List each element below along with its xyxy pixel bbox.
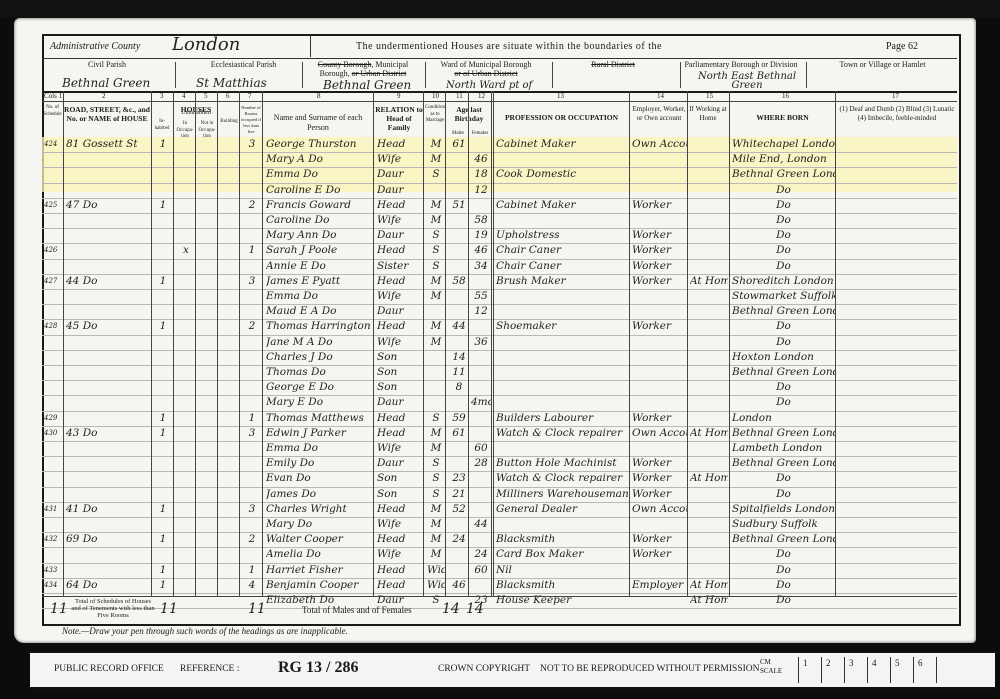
cell-unin	[176, 319, 196, 334]
cell-female: 60	[471, 441, 491, 456]
cell-sched: 432	[44, 532, 62, 547]
cell-emp	[632, 289, 688, 304]
cell-home	[690, 304, 728, 319]
column-header-building: Building	[218, 119, 240, 126]
cell-male	[449, 563, 469, 578]
cell-male	[449, 547, 469, 562]
cell-sched: 428	[44, 319, 62, 334]
cell-male	[449, 213, 469, 228]
cell-female: 24	[471, 547, 491, 562]
column-number: 4	[182, 92, 186, 100]
cell-born: Shoreditch London	[732, 274, 835, 289]
cell-name: George Thurston	[266, 137, 372, 152]
total-schedules: 11	[50, 601, 68, 617]
cell-inh	[154, 487, 172, 502]
archive-footer: PUBLIC RECORD OFFICE REFERENCE : RG 13 /…	[30, 651, 995, 689]
cell-cond: S	[427, 456, 445, 471]
cell-inh: 1	[154, 502, 172, 517]
census-row: Maud E A DoDaur12Bethnal Green London	[42, 304, 957, 320]
cell-road: 45 Do	[66, 319, 150, 334]
cell-male: 44	[449, 319, 469, 334]
column-divider	[729, 91, 730, 596]
cell-sched: 433	[44, 563, 62, 578]
cell-road	[66, 335, 150, 350]
cell-occ: Chair Caner	[496, 243, 629, 258]
cell-female: 60	[471, 563, 491, 578]
cell-female	[471, 137, 491, 152]
cell-sched	[44, 228, 62, 243]
cell-name: Mary Do	[266, 517, 372, 532]
cell-cond	[427, 350, 445, 365]
cell-inh	[154, 517, 172, 532]
cell-emp: Worker	[632, 547, 688, 562]
cell-rooms	[242, 441, 262, 456]
cell-inh: 1	[154, 274, 172, 289]
header-row-1	[42, 34, 957, 59]
cell-rooms: 1	[242, 243, 262, 258]
cell-home	[690, 183, 728, 198]
cell-road	[66, 152, 150, 167]
cell-cond: Wid	[427, 563, 445, 578]
cell-male: 21	[449, 487, 469, 502]
cell-unin	[176, 411, 196, 426]
cell-sched	[44, 380, 62, 395]
cell-rel: Head	[377, 502, 423, 517]
column-number: 9	[397, 92, 401, 100]
cell-emp: Worker	[632, 319, 688, 334]
cell-name: Walter Cooper	[266, 532, 372, 547]
cell-emp	[632, 365, 688, 380]
cell-name: Sarah J Poole	[266, 243, 372, 258]
column-numbers: Cols 1234567891011121314151617	[42, 91, 957, 102]
census-row: Emma DoDaurS18Cook DomesticBethnal Green…	[42, 167, 957, 183]
cell-home	[690, 319, 728, 334]
total-rooms: 11	[248, 601, 266, 617]
cell-inh: 1	[154, 411, 172, 426]
cell-unin	[176, 547, 196, 562]
cell-unin	[176, 456, 196, 471]
cell-occ	[496, 380, 629, 395]
cell-road: 41 Do	[66, 502, 150, 517]
totals-row: 11 Total of Schedules of Houses and of T…	[42, 596, 957, 623]
cell-rel: Head	[377, 411, 423, 426]
cell-rooms	[242, 183, 262, 198]
cell-home	[690, 532, 728, 547]
column-number: 12	[478, 92, 485, 100]
cell-emp: Worker	[632, 274, 688, 289]
column-header-condition: Condition as to Marriage	[425, 105, 445, 125]
cell-rooms	[242, 289, 262, 304]
cell-female: 46	[471, 152, 491, 167]
cell-sched: 429	[44, 411, 62, 426]
cell-road	[66, 243, 150, 258]
cell-emp	[632, 395, 688, 410]
cell-cond: M	[427, 532, 445, 547]
cell-unin	[176, 198, 196, 213]
cell-male	[449, 441, 469, 456]
census-row: James DoSonS21Milliners WarehousemanWork…	[42, 487, 957, 503]
ecclesiastical-parish-value: St Matthias	[196, 76, 267, 90]
cell-occ	[496, 183, 629, 198]
cell-rel: Head	[377, 563, 423, 578]
cell-road	[66, 259, 150, 274]
census-row: George E DoSon8Do	[42, 380, 957, 396]
footer-restriction: NOT TO BE REPRODUCED WITHOUT PERMISSION	[540, 664, 760, 674]
column-header-where-born: WHERE BORN	[730, 113, 835, 122]
column-number: 13	[557, 92, 564, 100]
total-inhabited: 11	[160, 601, 178, 617]
civil-parish: Civil Parish Bethnal Green	[42, 58, 172, 91]
cell-inh	[154, 395, 172, 410]
cell-occ: Chair Caner	[496, 259, 629, 274]
cell-cond: S	[427, 228, 445, 243]
cell-emp: Worker	[632, 532, 688, 547]
cell-sched: 427	[44, 274, 62, 289]
cell-rooms: 3	[242, 274, 262, 289]
cell-name: Harriet Fisher	[266, 563, 372, 578]
census-row: Amelia DoWifeM24Card Box MakerWorkerDo	[42, 547, 957, 563]
cell-unin	[176, 335, 196, 350]
town-village: Town or Village or Hamlet	[810, 58, 955, 91]
cell-born: Mile End, London	[732, 152, 835, 167]
census-row: Jane M A DoWifeM36Do	[42, 335, 957, 351]
census-row: Annie E DoSisterS34Chair CanerWorkerDo	[42, 259, 957, 275]
cell-male: 24	[449, 532, 469, 547]
cell-female	[471, 350, 491, 365]
cell-emp	[632, 441, 688, 456]
cell-rel: Head	[377, 243, 423, 258]
cell-home	[690, 228, 728, 243]
cell-born: Bethnal Green London	[732, 365, 835, 380]
ecclesiastical-parish: Ecclesiastical Parish St Matthias	[176, 58, 311, 91]
cell-rooms: 2	[242, 198, 262, 213]
census-row: Thomas DoSon11Bethnal Green London	[42, 365, 957, 381]
cell-cond: S	[427, 259, 445, 274]
cell-home	[690, 380, 728, 395]
cell-rel: Son	[377, 380, 423, 395]
census-row: Caroline DoWifeM58Do	[42, 213, 957, 229]
cell-born: Bethnal Green London	[732, 456, 835, 471]
cell-road	[66, 547, 150, 562]
cell-unin	[176, 183, 196, 198]
cell-cond	[427, 395, 445, 410]
cell-cond: S	[427, 471, 445, 486]
cell-road: 69 Do	[66, 532, 150, 547]
cell-emp: Worker	[632, 228, 688, 243]
cell-rel: Wife	[377, 152, 423, 167]
cell-cond: S	[427, 243, 445, 258]
cell-female	[471, 198, 491, 213]
cell-rel: Head	[377, 319, 423, 334]
cell-female: 12	[471, 183, 491, 198]
cell-born: Do	[732, 547, 835, 562]
column-number: 11	[456, 92, 463, 100]
cell-name: Jane M A Do	[266, 335, 372, 350]
cell-unin	[176, 289, 196, 304]
cell-occ: Cabinet Maker	[496, 137, 629, 152]
cell-sched	[44, 289, 62, 304]
column-divider	[239, 91, 240, 596]
column-number: 16	[782, 92, 789, 100]
cell-unin	[176, 578, 196, 593]
scale-mark: 1	[798, 657, 821, 683]
cell-born: Bethnal Green London	[732, 426, 835, 441]
column-header-occupation: PROFESSION OR OCCUPATION	[494, 113, 629, 122]
cell-rel: Wife	[377, 289, 423, 304]
cell-unin	[176, 502, 196, 517]
cell-road	[66, 304, 150, 319]
cell-born: Bethnal Green London	[732, 167, 835, 182]
cell-home	[690, 259, 728, 274]
cell-unin	[176, 517, 196, 532]
column-header-uninhabited: Uninhabited	[174, 110, 218, 118]
cell-cond: S	[427, 411, 445, 426]
census-row: Mary A DoWifeM46Mile End, London	[42, 152, 957, 168]
cell-male: 23	[449, 471, 469, 486]
cell-sched	[44, 335, 62, 350]
cell-home: At Home	[690, 578, 728, 593]
column-divider	[195, 91, 196, 596]
cell-name: Caroline E Do	[266, 183, 372, 198]
census-row: 43269 Do12Walter CooperHeadM24Blacksmith…	[42, 532, 957, 548]
total-females: 14	[466, 601, 484, 617]
cell-road	[66, 487, 150, 502]
column-divider	[423, 91, 424, 596]
cell-emp	[632, 517, 688, 532]
cell-cond: M	[427, 426, 445, 441]
footer-office: PUBLIC RECORD OFFICE	[54, 664, 164, 674]
cell-unin	[176, 365, 196, 380]
cell-name: James E Pyatt	[266, 274, 372, 289]
cell-home	[690, 411, 728, 426]
cell-cond: M	[427, 502, 445, 517]
census-row: 43043 Do13Edwin J ParkerHeadM61Watch & C…	[42, 426, 957, 442]
cell-inh	[154, 243, 172, 258]
cell-emp: Own Account	[632, 502, 688, 517]
cell-born: Bethnal Green London	[732, 304, 835, 319]
cell-male: 51	[449, 198, 469, 213]
cell-emp: Worker	[632, 259, 688, 274]
column-header-rooms: Number of Rooms occupied if less than fi…	[240, 105, 262, 135]
cell-occ: Upholstress	[496, 228, 629, 243]
municipal-borough: County Borough, Municipal Borough, or Ur…	[303, 58, 423, 91]
column-number: 17	[892, 92, 899, 100]
column-divider	[445, 91, 446, 596]
cell-male: 61	[449, 137, 469, 152]
cell-unin	[176, 487, 196, 502]
cell-inh	[154, 350, 172, 365]
scale-mark: 4	[867, 657, 890, 683]
cell-inh	[154, 304, 172, 319]
column-header-name: Name and Surname of each Person	[264, 113, 372, 132]
cell-rooms	[242, 487, 262, 502]
cell-rooms: 2	[242, 532, 262, 547]
cell-occ	[496, 350, 629, 365]
cell-cond: M	[427, 517, 445, 532]
cell-occ	[496, 213, 629, 228]
cell-male: 61	[449, 426, 469, 441]
cell-inh	[154, 365, 172, 380]
column-header-road: ROAD, STREET, &c., and No. or NAME of HO…	[64, 105, 150, 123]
cell-rel: Head	[377, 532, 423, 547]
cell-inh	[154, 547, 172, 562]
cell-sched	[44, 183, 62, 198]
census-row: Mary E DoDaur4moDo	[42, 395, 957, 411]
cell-rooms	[242, 547, 262, 562]
column-number: 5	[204, 92, 208, 100]
cell-occ: Shoemaker	[496, 319, 629, 334]
cell-home	[690, 213, 728, 228]
cell-emp: Worker	[632, 243, 688, 258]
cell-emp: Worker	[632, 487, 688, 502]
cell-sched: 434	[44, 578, 62, 593]
column-divider	[151, 91, 152, 596]
cell-home: At Home	[690, 274, 728, 289]
cell-male: 58	[449, 274, 469, 289]
census-row: 43464 Do14Benjamin CooperHeadWidr46Black…	[42, 578, 957, 594]
cell-born: Lambeth London	[732, 441, 835, 456]
column-divider	[835, 91, 836, 596]
cell-male	[449, 289, 469, 304]
cell-unin	[176, 274, 196, 289]
cell-home	[690, 563, 728, 578]
footer-reference: RG 13 / 286	[278, 659, 358, 677]
cell-sched	[44, 167, 62, 182]
column-divider	[217, 91, 218, 596]
cell-emp	[632, 152, 688, 167]
cell-inh	[154, 183, 172, 198]
cell-cond: M	[427, 289, 445, 304]
column-number: 2	[102, 92, 106, 100]
cell-born: London	[732, 411, 835, 426]
cell-male: 14	[449, 350, 469, 365]
cell-road: 64 Do	[66, 578, 150, 593]
census-row: Mary DoWifeM44Sudbury Suffolk	[42, 517, 957, 533]
cell-rel: Son	[377, 365, 423, 380]
cell-cond: S	[427, 487, 445, 502]
cell-female	[471, 471, 491, 486]
cell-emp	[632, 304, 688, 319]
cell-unin	[176, 228, 196, 243]
cell-inh: 1	[154, 137, 172, 152]
cell-name: Caroline Do	[266, 213, 372, 228]
cell-home	[690, 243, 728, 258]
cell-unin	[176, 137, 196, 152]
cell-road	[66, 365, 150, 380]
cell-unin: x	[176, 243, 196, 258]
cell-rel: Daur	[377, 228, 423, 243]
ward: Ward of Municipal Borough or of Urban Di…	[426, 58, 546, 91]
cell-home	[690, 517, 728, 532]
cell-unin	[176, 380, 196, 395]
cell-male	[449, 304, 469, 319]
cell-born: Do	[732, 228, 835, 243]
cell-name: Emma Do	[266, 441, 372, 456]
cell-inh: 1	[154, 426, 172, 441]
cell-cond	[427, 183, 445, 198]
column-divider	[629, 91, 630, 596]
cell-road	[66, 289, 150, 304]
civil-parish-value: Bethnal Green	[62, 76, 150, 90]
column-number: 8	[317, 92, 321, 100]
cell-cond: S	[427, 167, 445, 182]
cell-rooms	[242, 517, 262, 532]
cell-male	[449, 517, 469, 532]
cell-rooms	[242, 335, 262, 350]
cell-born: Do	[732, 243, 835, 258]
cell-inh	[154, 380, 172, 395]
cell-occ: Cabinet Maker	[496, 198, 629, 213]
cell-name: Benjamin Cooper	[266, 578, 372, 593]
cell-rel: Sister	[377, 259, 423, 274]
cell-inh	[154, 441, 172, 456]
cell-name: Charles Wright	[266, 502, 372, 517]
census-row: Evan DoSonS23Watch & Clock repairerWorke…	[42, 471, 957, 487]
total-males: 14	[442, 601, 460, 617]
cell-born: Do	[732, 563, 835, 578]
cell-name: Maud E A Do	[266, 304, 372, 319]
column-divider	[173, 91, 174, 596]
cell-rel: Daur	[377, 304, 423, 319]
column-divider	[493, 91, 494, 596]
cell-unin	[176, 152, 196, 167]
cell-home	[690, 137, 728, 152]
cell-home	[690, 167, 728, 182]
cell-cond: M	[427, 152, 445, 167]
cell-rooms	[242, 456, 262, 471]
column-number: 15	[706, 92, 713, 100]
cell-unin	[176, 471, 196, 486]
cell-rel: Wife	[377, 441, 423, 456]
cell-rooms	[242, 350, 262, 365]
scale-mark: 6	[913, 657, 936, 683]
census-row: 42744 Do13James E PyattHeadM58Brush Make…	[42, 274, 957, 290]
cell-rel: Daur	[377, 183, 423, 198]
cell-born: Do	[732, 380, 835, 395]
cell-female	[471, 502, 491, 517]
cell-cond: M	[427, 335, 445, 350]
cell-cond: M	[427, 319, 445, 334]
cell-unin	[176, 426, 196, 441]
cell-occ: Nil	[496, 563, 629, 578]
cell-female: 19	[471, 228, 491, 243]
cell-name: Amelia Do	[266, 547, 372, 562]
cell-emp: Worker	[632, 456, 688, 471]
cell-name: Emma Do	[266, 289, 372, 304]
cell-born: Hoxton London	[732, 350, 835, 365]
cell-emp	[632, 380, 688, 395]
cell-rooms: 3	[242, 137, 262, 152]
column-divider	[373, 91, 374, 596]
cell-rooms	[242, 304, 262, 319]
cell-female: 34	[471, 259, 491, 274]
column-divider	[63, 91, 64, 596]
scale-mark: 3	[844, 657, 867, 683]
cell-name: Thomas Matthews	[266, 411, 372, 426]
cell-home	[690, 289, 728, 304]
cell-name: Annie E Do	[266, 259, 372, 274]
cell-male	[449, 243, 469, 258]
cell-cond	[427, 380, 445, 395]
total-schedules-label: Total of Schedules of Houses and of Tene…	[70, 598, 156, 619]
cell-emp: Own Account	[632, 137, 688, 152]
cell-cond: M	[427, 547, 445, 562]
cell-unin	[176, 441, 196, 456]
cell-female	[471, 319, 491, 334]
cell-home: At Home	[690, 471, 728, 486]
cell-rooms: 3	[242, 502, 262, 517]
cell-cond: M	[427, 274, 445, 289]
